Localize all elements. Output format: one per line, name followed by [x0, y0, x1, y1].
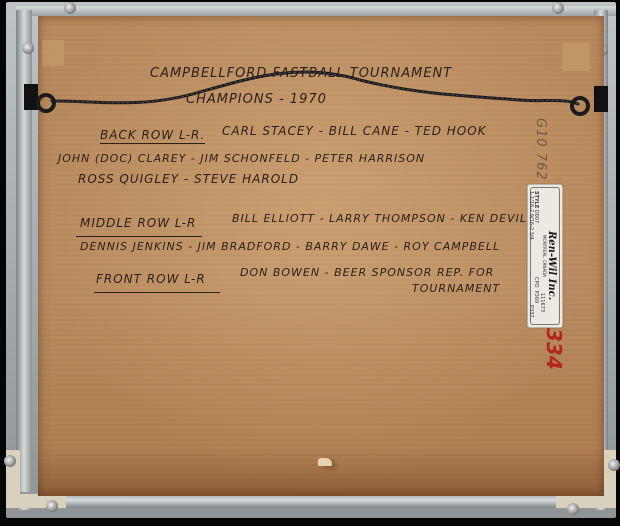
- label-p1: P369: [533, 291, 539, 304]
- red-inventory-number: 334: [542, 328, 566, 370]
- front-row-line-2: TOURNAMENT: [412, 282, 500, 295]
- back-row-line-1: CARL STACEY - BILL CANE - TED HOOK: [222, 124, 487, 138]
- framer-label: STYLE D007 1-1/16-2 9/16-2 3/4 Ren-Wil I…: [527, 184, 563, 328]
- middle-row-heading: MIDDLE ROW L-R: [80, 216, 196, 230]
- label-location: MONTREAL, CANADA: [542, 235, 547, 277]
- label-p2: P337: [528, 305, 534, 318]
- screw-icon: [552, 2, 564, 14]
- eyelet-left-icon: [36, 93, 56, 113]
- eyelet-bracket-right: [594, 86, 608, 112]
- front-row-underline: [94, 292, 220, 293]
- screw-icon: [4, 455, 16, 467]
- screw-icon: [46, 500, 58, 512]
- screw-icon: [64, 2, 76, 14]
- eyelet-right-icon: [570, 96, 590, 116]
- label-spec: 1-1/16-2 9/16-2 3/4: [528, 191, 534, 240]
- label-code: 111673: [539, 293, 545, 312]
- frame-top-rail: [16, 6, 616, 16]
- back-row-line-2: JOHN (DOC) CLAREY - JIM SCHONFELD - PETE…: [58, 152, 425, 165]
- screw-icon: [22, 42, 34, 54]
- backing-board: [38, 16, 604, 496]
- screw-icon: [567, 503, 579, 515]
- label-brand: Ren-Wil Inc.: [546, 231, 557, 300]
- back-row-line-3: ROSS QUIGLEY - STEVE HAROLD: [78, 172, 299, 186]
- front-row-line-1: DON BOWEN - BEER SPONSOR REP. FOR: [240, 266, 494, 279]
- board-dent: [318, 458, 332, 466]
- corner-bracket-bottom-right-h: [556, 494, 616, 508]
- middle-row-underline: [76, 236, 202, 237]
- title-line-1: CAMPBELLFORD FASTBALL TOURNAMENT: [150, 66, 452, 81]
- tape-patch: [42, 40, 64, 66]
- middle-row-line-1: BILL ELLIOTT - LARRY THOMPSON - KEN DEVI…: [232, 212, 542, 225]
- pencil-note: G10 762: [533, 118, 548, 181]
- middle-row-line-2: DENNIS JENKINS - JIM BRADFORD - BARRY DA…: [80, 240, 500, 253]
- screw-icon: [608, 459, 620, 471]
- back-row-heading: BACK ROW L-R.: [100, 128, 205, 144]
- tape-patch: [562, 43, 590, 71]
- label-cpo-text: CPO: [533, 277, 539, 287]
- front-row-heading: FRONT ROW L-R: [96, 272, 206, 286]
- label-cpo: CPO P369: [533, 277, 539, 303]
- title-line-2: CHAMPIONS - 1970: [186, 92, 327, 107]
